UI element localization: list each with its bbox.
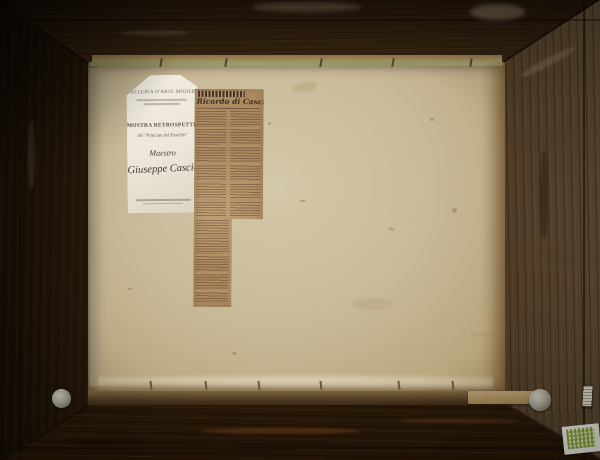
canvas-stain <box>128 288 132 290</box>
qr-pattern-icon <box>566 427 596 450</box>
canvas-stain <box>388 227 395 231</box>
clipping-text-column-left <box>196 111 227 217</box>
fastener-disc-left <box>52 389 71 408</box>
label-show-title: MOSTRA RETROSPETTIVA <box>127 122 198 129</box>
canvas-bottom-efflorescence <box>98 373 493 389</box>
label-artist-name: Giuseppe Casciaro <box>127 161 198 176</box>
wood-dark-streak <box>540 150 548 240</box>
clipping-headline-rule <box>198 108 260 109</box>
wood-red-streak <box>200 428 360 434</box>
label-fine-print-line <box>137 99 187 101</box>
qr-sticker <box>562 423 600 455</box>
label-footer-line <box>136 199 191 201</box>
wood-scuff <box>120 30 190 36</box>
framed-artwork-verso-photo: GALLERIA D'ARTE MODERNA MOSTRA RETROSPET… <box>0 0 600 460</box>
wood-scuff <box>252 2 362 12</box>
canvas-stain <box>470 332 496 337</box>
stretcher-shadow-left <box>90 68 103 386</box>
canvas-right-stain-band <box>481 62 505 391</box>
exhibition-label: GALLERIA D'ARTE MODERNA MOSTRA RETROSPET… <box>126 75 198 214</box>
inventory-label <box>581 384 593 409</box>
label-footer-line <box>143 203 183 205</box>
label-honorific: Maestro <box>127 149 198 159</box>
clipping-text-column-right <box>230 111 261 217</box>
canvas-stain <box>352 298 392 310</box>
fastener-disc-right <box>529 389 551 411</box>
canvas-stain <box>452 208 457 213</box>
canvas-stain <box>268 122 271 125</box>
wood-red-streak <box>400 418 520 423</box>
label-fine-print-line <box>144 103 180 105</box>
green-tape-strip <box>90 62 503 66</box>
clipping-text-column-bottom <box>195 220 229 302</box>
canvas-stain <box>300 200 306 202</box>
wood-scuff <box>28 120 35 190</box>
canvas-stain <box>430 118 434 121</box>
board-seam-left <box>19 0 21 460</box>
board-seam-top <box>0 19 600 21</box>
canvas-smudge <box>291 80 318 94</box>
clipping-headline: Ricordo di Casciaro <box>197 97 262 106</box>
board-seam-bottom <box>0 447 600 449</box>
label-show-subtitle: del "Principe del Pastello" <box>127 133 198 139</box>
stretcher-bottom-edge <box>88 391 505 405</box>
wood-dark-streak <box>60 440 150 445</box>
label-gallery-name: GALLERIA D'ARTE MODERNA <box>126 89 197 95</box>
wood-scuff <box>470 4 525 20</box>
wood-batten <box>468 391 538 404</box>
canvas-stain <box>232 352 237 355</box>
